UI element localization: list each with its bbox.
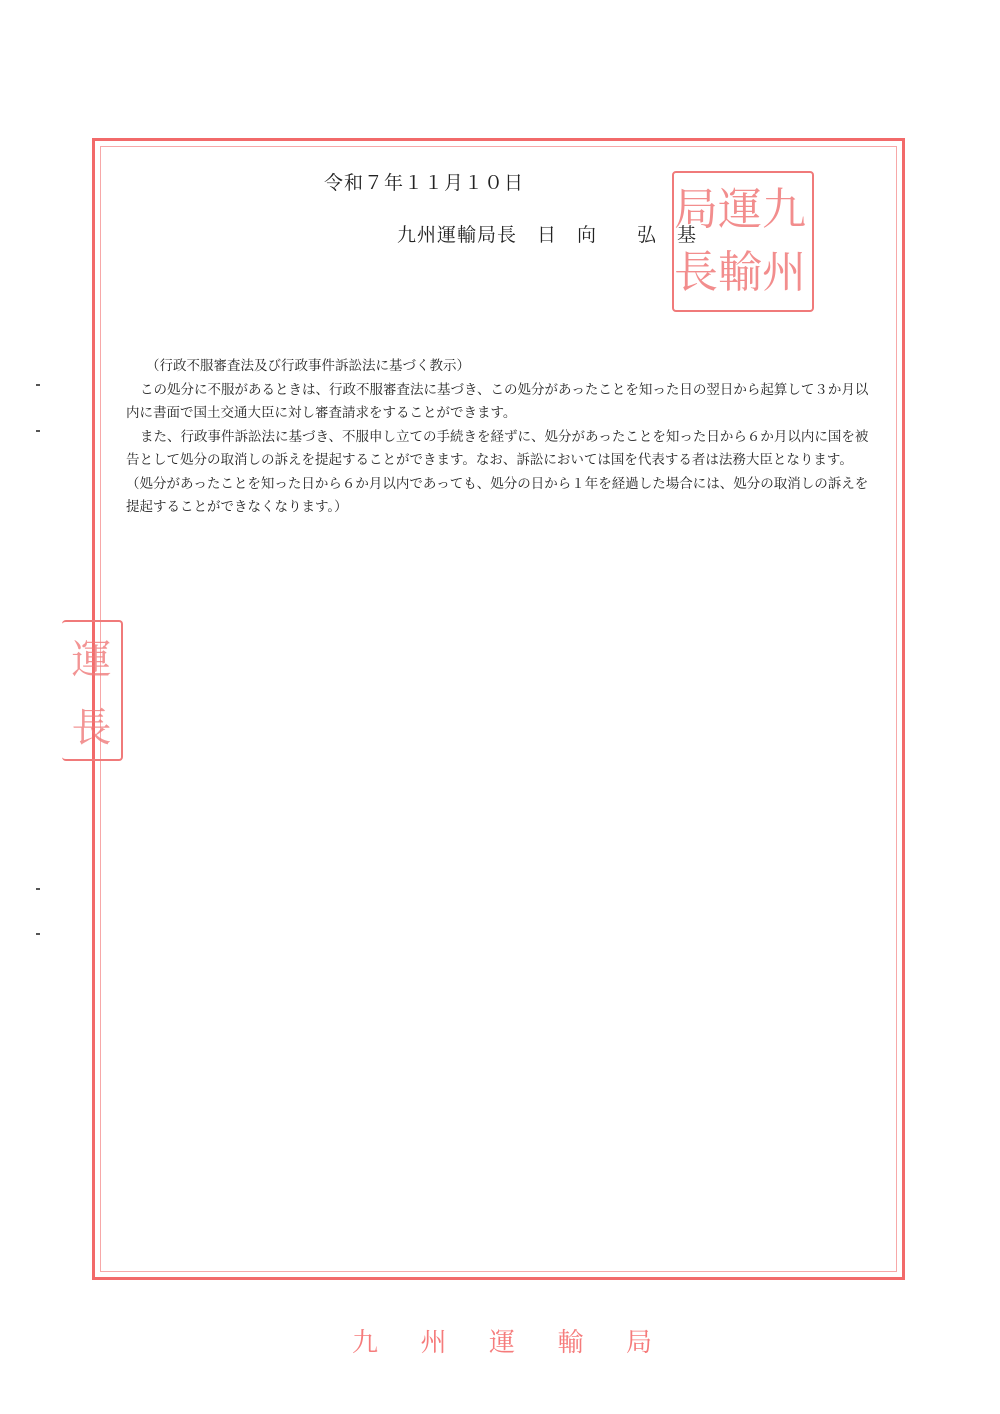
seal-char: 輸 [718, 242, 762, 305]
footer-char: 運 [489, 1322, 515, 1359]
notice-paragraph: （処分があったことを知った日から６か月以内であっても、処分の日から１年を経過した… [126, 473, 878, 520]
seal-char: 運 [72, 628, 112, 685]
notice-paragraph: また、行政事件訴訟法に基づき、不服申し立ての手続きを経ずに、処分があったことを知… [126, 426, 878, 473]
notice-paragraph: この処分に不服があるときは、行政不服審査法に基づき、この処分があったことを知った… [126, 379, 878, 426]
page-border-inner [100, 146, 897, 1272]
seal-char: 局 [674, 179, 718, 242]
notice-heading: （行政不服審査法及び行政事件訴訟法に基づく教示） [126, 355, 878, 379]
footer-char: 九 [352, 1322, 378, 1359]
footer-char: 州 [420, 1322, 446, 1359]
tally-seal: 運 長 [62, 620, 123, 761]
seal-char: 長 [674, 242, 718, 305]
seal-char: 九 [762, 179, 806, 242]
footer-char: 輸 [557, 1322, 583, 1359]
signer-name: 九州運輸局長 日 向 弘 基 [397, 220, 697, 247]
punch-mark [36, 430, 40, 432]
seal-char: 長 [72, 696, 112, 753]
official-seal: 九 州 運 輸 局 長 [672, 171, 814, 312]
seal-char: 運 [718, 179, 762, 242]
document-date: 令和７年１１月１０日 [324, 168, 524, 195]
appeal-notice: （行政不服審査法及び行政事件訴訟法に基づく教示） この処分に不服があるときは、行… [126, 355, 878, 520]
punch-mark [36, 384, 40, 386]
seal-char: 州 [762, 242, 806, 305]
footer-char: 局 [626, 1322, 652, 1359]
punch-mark [36, 888, 40, 890]
issuer-footer: 九 州 運 輸 局 [352, 1322, 652, 1359]
punch-mark [36, 933, 40, 935]
